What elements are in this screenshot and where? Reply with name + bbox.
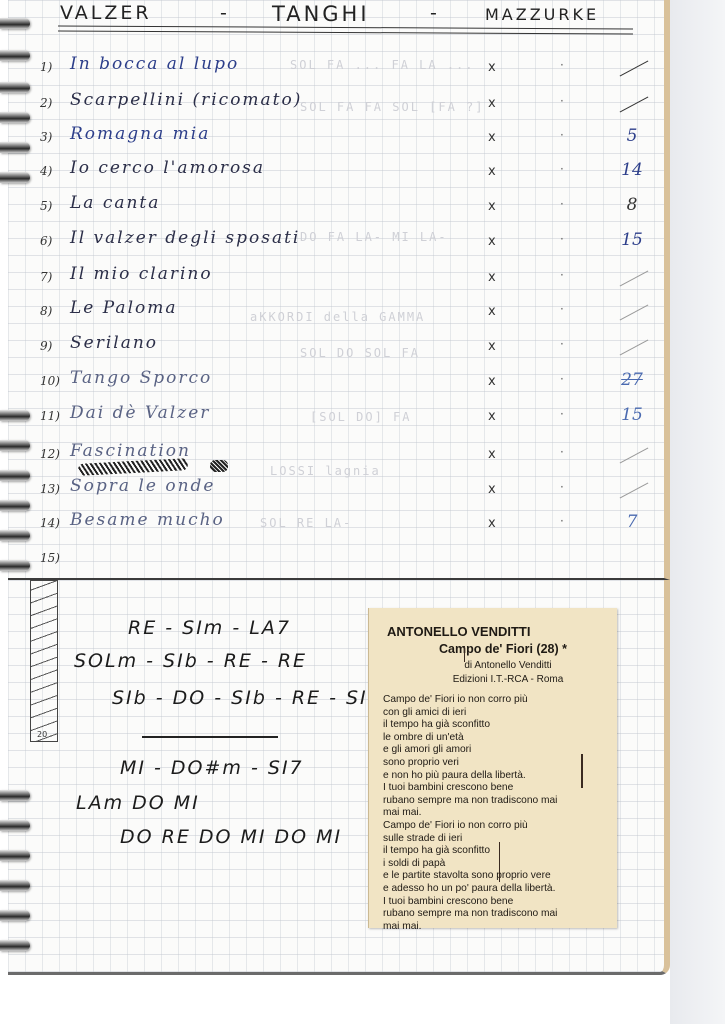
spiral-ring bbox=[0, 850, 30, 861]
tick-dot: · bbox=[560, 58, 564, 72]
song-title: Serilano bbox=[70, 333, 158, 353]
check-mark: x bbox=[488, 409, 496, 424]
lyric-line: I tuoi bambini crescono bene bbox=[383, 782, 608, 795]
tick-dot: · bbox=[560, 302, 564, 316]
song-number: 12) bbox=[40, 447, 60, 461]
tick-dot: · bbox=[560, 232, 564, 246]
spiral-ring bbox=[0, 530, 30, 541]
lyric-line: il tempo ha già sconfitto bbox=[383, 845, 608, 858]
tick-dot: · bbox=[560, 162, 564, 176]
song-number: 4) bbox=[40, 164, 52, 178]
song-row: 4)Io cerco l'amorosax·14 bbox=[40, 158, 650, 192]
slash-mark bbox=[620, 97, 649, 113]
lyric-line: mai mai. bbox=[383, 921, 608, 934]
song-number: 8) bbox=[40, 304, 52, 318]
lyric-line: il tempo ha già sconfitto bbox=[383, 719, 608, 732]
lyric-line: Campo de' Fiori io non corro più bbox=[383, 820, 608, 833]
check-mark: x bbox=[488, 270, 496, 285]
clipping-song-title: Campo de' Fiori (28) * bbox=[369, 642, 617, 656]
song-row: 6)Il valzer degli sposatix·15 bbox=[40, 228, 650, 262]
song-count: 8 bbox=[612, 195, 652, 215]
song-number: 13) bbox=[40, 482, 60, 496]
spiral-ring bbox=[0, 50, 30, 61]
song-count: 7 bbox=[612, 512, 652, 532]
lyric-line: rubano sempre ma non tradiscono mai bbox=[383, 795, 608, 808]
newspaper-clipping: ANTONELLO VENDITTI Campo de' Fiori (28) … bbox=[368, 608, 617, 928]
lyric-line: sono proprio veri bbox=[383, 757, 608, 770]
chord-line: RE - SIm - LA7 bbox=[128, 617, 291, 639]
slash-mark bbox=[620, 271, 649, 287]
check-mark: x bbox=[488, 339, 496, 354]
chord-divider bbox=[142, 736, 278, 738]
check-mark: x bbox=[488, 447, 496, 462]
song-count: 14 bbox=[612, 160, 652, 180]
song-number: 9) bbox=[40, 339, 52, 353]
slash-mark bbox=[620, 448, 649, 464]
song-title: Romagna mia bbox=[70, 124, 210, 144]
song-row: 7)Il mio clarinox· bbox=[40, 264, 650, 298]
check-mark: x bbox=[488, 234, 496, 249]
chord-line: LAm DO MI bbox=[76, 792, 200, 814]
spiral-ring bbox=[0, 410, 30, 421]
song-row: 10)Tango Sporcox·27 bbox=[40, 368, 650, 402]
tick-dot: · bbox=[560, 94, 564, 108]
song-title: Tango Sporco bbox=[70, 368, 212, 388]
song-title: Il mio clarino bbox=[70, 264, 213, 284]
chord-line: MI - DO#m - SI7 bbox=[120, 757, 304, 779]
lyric-line: le ombre di un'età bbox=[383, 732, 608, 745]
song-title: Dai dè Valzer bbox=[70, 403, 210, 423]
check-mark: x bbox=[488, 482, 496, 497]
song-number: 15) bbox=[40, 551, 60, 565]
song-row: 2)Scarpellini (ricomato)x· bbox=[40, 90, 650, 124]
spiral-ring bbox=[0, 82, 30, 93]
check-mark: x bbox=[488, 96, 496, 111]
check-mark: x bbox=[488, 199, 496, 214]
spiral-ring bbox=[0, 142, 30, 153]
lyric-line: e adesso ho un po' paura della libertà. bbox=[383, 883, 608, 896]
lyric-line: mai mai. bbox=[383, 807, 608, 820]
header-tanghi: TANGHI bbox=[272, 2, 370, 26]
tick-dot: · bbox=[560, 268, 564, 282]
song-row: 13)Sopra le ondex· bbox=[40, 476, 650, 510]
slash-mark bbox=[620, 483, 649, 499]
spiral-ring bbox=[0, 910, 30, 921]
song-number: 3) bbox=[40, 130, 52, 144]
slash-mark bbox=[620, 340, 649, 356]
lyric-line: e gli amori gli amori bbox=[383, 744, 608, 757]
song-row: 8)Le Palomax· bbox=[40, 298, 650, 332]
song-count: 15 bbox=[612, 230, 652, 250]
check-mark: x bbox=[488, 60, 496, 75]
header-sep: - bbox=[430, 2, 440, 24]
slash-mark bbox=[620, 305, 649, 321]
spiral-ring bbox=[0, 790, 30, 801]
check-mark: x bbox=[488, 304, 496, 319]
margin-number: 20 bbox=[37, 730, 47, 739]
header-valzer: VALZER bbox=[60, 2, 152, 24]
song-count: 5 bbox=[612, 126, 652, 146]
pen-mark bbox=[499, 842, 500, 882]
tick-dot: · bbox=[560, 372, 564, 386]
song-row: 1)In bocca al lupox· bbox=[40, 54, 650, 88]
song-count: 15 bbox=[612, 405, 652, 425]
tick-dot: · bbox=[560, 407, 564, 421]
check-mark: x bbox=[488, 164, 496, 179]
tick-dot: · bbox=[560, 480, 564, 494]
song-title: Scarpellini (ricomato) bbox=[70, 90, 302, 110]
spiral-ring bbox=[0, 470, 30, 481]
slash-mark bbox=[620, 61, 649, 77]
pen-mark bbox=[464, 646, 465, 662]
crossed-out-scribble bbox=[210, 460, 228, 472]
clipping-artist: ANTONELLO VENDITTI bbox=[387, 624, 530, 639]
header-sep: - bbox=[220, 2, 230, 24]
song-count: 27 bbox=[612, 370, 652, 390]
song-title: Le Paloma bbox=[70, 298, 178, 318]
lyric-line: Campo de' Fiori io non corro più bbox=[383, 694, 608, 707]
spiral-ring bbox=[0, 172, 30, 183]
song-title: Io cerco l'amorosa bbox=[70, 158, 265, 178]
song-number: 6) bbox=[40, 234, 52, 248]
tick-dot: · bbox=[560, 128, 564, 142]
song-row: 9)Serilanox· bbox=[40, 333, 650, 367]
song-number: 11) bbox=[40, 409, 60, 423]
clipping-author: di Antonello Venditti bbox=[369, 660, 617, 671]
clipping-publisher: Edizioni I.T.-RCA - Roma bbox=[369, 674, 617, 685]
song-row: 5)La cantax·8 bbox=[40, 193, 650, 227]
lyric-line: sulle strade di ieri bbox=[383, 833, 608, 846]
song-title: Sopra le onde bbox=[70, 476, 215, 496]
check-mark: x bbox=[488, 374, 496, 389]
pen-mark bbox=[581, 754, 583, 788]
header-mazzurke: MAZZURKE bbox=[485, 5, 599, 24]
tick-dot: · bbox=[560, 445, 564, 459]
lyric-line: rubano sempre ma non tradiscono mai bbox=[383, 908, 608, 921]
song-number: 7) bbox=[40, 270, 52, 284]
spiral-ring bbox=[0, 820, 30, 831]
song-title: In bocca al lupo bbox=[70, 54, 239, 74]
check-mark: x bbox=[488, 130, 496, 145]
chord-line: SOLm - SIb - RE - RE bbox=[74, 650, 307, 672]
spiral-ring bbox=[0, 880, 30, 891]
lyric-line: e le partite stavolta sono proprio vere bbox=[383, 870, 608, 883]
check-mark: x bbox=[488, 516, 496, 531]
song-title: Besame mucho bbox=[70, 510, 225, 530]
spiral-ring bbox=[0, 560, 30, 571]
song-number: 10) bbox=[40, 374, 60, 388]
spiral-ring bbox=[0, 440, 30, 451]
song-row: 3)Romagna miax·5 bbox=[40, 124, 650, 158]
spiral-ring bbox=[0, 940, 30, 951]
background bbox=[670, 0, 725, 1024]
song-number: 5) bbox=[40, 199, 52, 213]
song-number: 2) bbox=[40, 96, 52, 110]
lyric-line: e non ho più paura della libertà. bbox=[383, 770, 608, 783]
chord-line: DO RE DO MI DO MI bbox=[120, 826, 342, 848]
spiral-ring bbox=[0, 18, 30, 29]
spiral-ring bbox=[0, 112, 30, 123]
song-number: 1) bbox=[40, 60, 52, 74]
lyric-line: I tuoi bambini crescono bene bbox=[383, 896, 608, 909]
song-title: La canta bbox=[70, 193, 160, 213]
tick-dot: · bbox=[560, 514, 564, 528]
song-number: 14) bbox=[40, 516, 60, 530]
notebook-scan: VALZER - TANGHI - MAZZURKE SOL FA ... FA… bbox=[0, 0, 725, 1024]
tick-dot: · bbox=[560, 337, 564, 351]
song-row: 11)Dai dè Valzerx·15 bbox=[40, 403, 650, 437]
clipping-lyrics: Campo de' Fiori io non corro piùcon gli … bbox=[383, 694, 608, 933]
lyric-line: i soldi di papà bbox=[383, 858, 608, 871]
tick-dot: · bbox=[560, 197, 564, 211]
song-row: 15) bbox=[40, 545, 650, 579]
lyric-line: con gli amici di ieri bbox=[383, 707, 608, 720]
margin-doodle-box: 20 bbox=[30, 580, 58, 742]
song-title: Il valzer degli sposati bbox=[70, 228, 300, 248]
song-row: 14)Besame muchox·7 bbox=[40, 510, 650, 544]
spiral-ring bbox=[0, 500, 30, 511]
